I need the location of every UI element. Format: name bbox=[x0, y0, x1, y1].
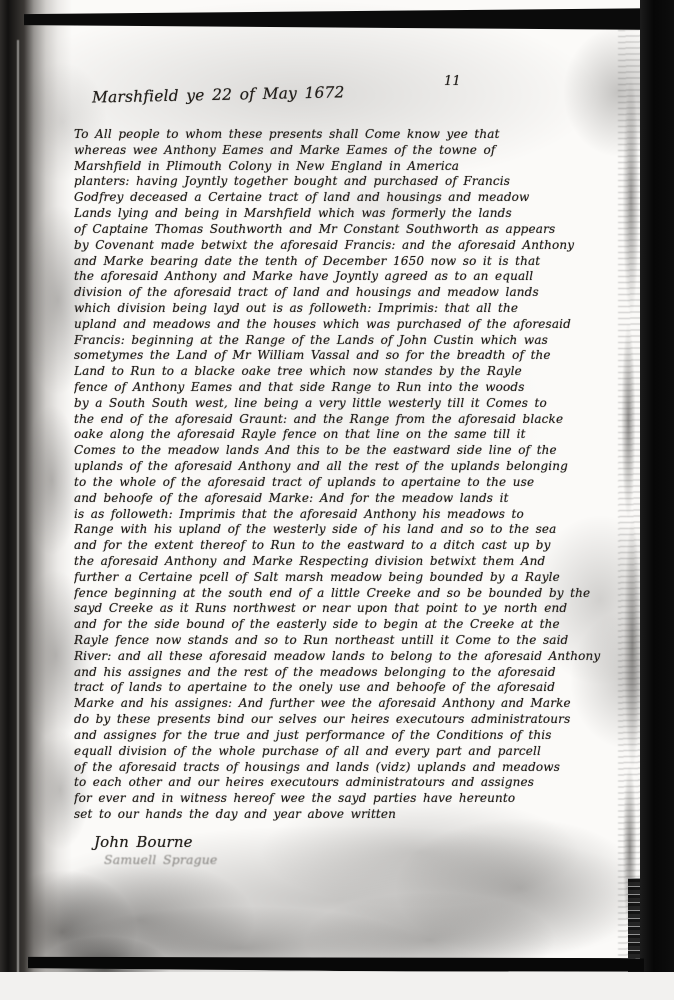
scanner-background bbox=[0, 972, 674, 1000]
manuscript-line: of the aforesaid tracts of housings and … bbox=[74, 760, 630, 776]
manuscript-line: and Marke bearing date the tenth of Dece… bbox=[74, 254, 630, 270]
manuscript-line: further a Certaine pcell of Salt marsh m… bbox=[74, 570, 630, 586]
manuscript-line: do by these presents bind our selves our… bbox=[74, 712, 630, 728]
manuscript-line: the end of the aforesaid Graunt: and the… bbox=[74, 412, 630, 428]
manuscript-line: Lands lying and being in Marshfield whic… bbox=[74, 206, 630, 222]
manuscript-scan: 11 Marshfield ye 22 of May 1672 To All p… bbox=[0, 0, 674, 1000]
signature-samuell-sprague: Samuell Sprague bbox=[104, 852, 217, 867]
manuscript-line: to the whole of the aforesaid tract of u… bbox=[74, 475, 630, 491]
manuscript-line: by Covenant made betwixt the aforesaid F… bbox=[74, 238, 630, 254]
page-number: 11 bbox=[444, 74, 461, 89]
manuscript-line: Godfrey deceased a Certaine tract of lan… bbox=[74, 190, 630, 206]
manuscript-line: Marshfield in Plimouth Colony in New Eng… bbox=[74, 159, 630, 175]
manuscript-line: Marke and his assignes: And further wee … bbox=[74, 696, 630, 712]
manuscript-line: To All people to whom these presents sha… bbox=[74, 127, 630, 143]
manuscript-line: planters: having Joyntly together bought… bbox=[74, 174, 630, 190]
manuscript-line: and for the side bound of the easterly s… bbox=[74, 617, 630, 633]
manuscript-line: and assignes for the true and just perfo… bbox=[74, 728, 630, 744]
manuscript-line: and for the extent thereof to Run to the… bbox=[74, 538, 630, 554]
manuscript-line: oake along the aforesaid Rayle fence on … bbox=[74, 427, 630, 443]
manuscript-line: whereas wee Anthony Eames and Marke Eame… bbox=[74, 143, 630, 159]
manuscript-line: which division being layd out is as foll… bbox=[74, 301, 630, 317]
manuscript-line: sometymes the Land of Mr William Vassal … bbox=[74, 348, 630, 364]
signature-john-bourne: John Bourne bbox=[94, 833, 193, 851]
manuscript-line: the aforesaid Anthony and Marke Respecti… bbox=[74, 554, 630, 570]
manuscript-line: and behoofe of the aforesaid Marke: And … bbox=[74, 491, 630, 507]
manuscript-line: upland and meadows and the houses which … bbox=[74, 317, 630, 333]
manuscript-line: tract of lands to apertaine to the onely… bbox=[74, 680, 630, 696]
manuscript-line: of Captaine Thomas Southworth and Mr Con… bbox=[74, 222, 630, 238]
manuscript-line: is as followeth: Imprimis that the afore… bbox=[74, 507, 630, 523]
scan-top-edge bbox=[24, 8, 674, 30]
manuscript-line: to each other and our heires executours … bbox=[74, 775, 630, 791]
manuscript-line: Comes to the meadow lands And this to be… bbox=[74, 443, 630, 459]
manuscript-line: Range with his upland of the westerly si… bbox=[74, 522, 630, 538]
scan-bottom-edge bbox=[28, 954, 644, 973]
manuscript-line: by a South South west, line being a very… bbox=[74, 396, 630, 412]
manuscript-line: fence beginning at the south end of a li… bbox=[74, 586, 630, 602]
manuscript-line: Land to Run to a blacke oake tree which … bbox=[74, 364, 630, 380]
manuscript-line: sayd Creeke as it Runs northwest or near… bbox=[74, 601, 630, 617]
manuscript-line: Francis: beginning at the Range of the L… bbox=[74, 333, 630, 349]
manuscript-line: uplands of the aforesaid Anthony and all… bbox=[74, 459, 630, 475]
manuscript-line: for ever and in witness hereof wee the s… bbox=[74, 791, 630, 807]
manuscript-line: equall division of the whole purchase of… bbox=[74, 744, 630, 760]
manuscript-line: River: and all these aforesaid meadow la… bbox=[74, 649, 630, 665]
manuscript-line: the aforesaid Anthony and Marke have Joy… bbox=[74, 269, 630, 285]
manuscript-line: division of the aforesaid tract of land … bbox=[74, 285, 630, 301]
manuscript-line: Rayle fence now stands and so to Run nor… bbox=[74, 633, 630, 649]
binding-gutter-highlight bbox=[17, 40, 19, 980]
manuscript-line: and his assignes and the rest of the mea… bbox=[74, 665, 630, 681]
manuscript-line: fence of Anthony Eames and that side Ran… bbox=[74, 380, 630, 396]
heading-dateline: Marshfield ye 22 of May 1672 bbox=[92, 81, 432, 106]
manuscript-line: set to our hands the day and year above … bbox=[74, 807, 630, 823]
manuscript-body: To All people to whom these presents sha… bbox=[74, 127, 630, 823]
scan-right-edge bbox=[640, 0, 674, 992]
binding-gutter-shadow bbox=[0, 0, 72, 1000]
